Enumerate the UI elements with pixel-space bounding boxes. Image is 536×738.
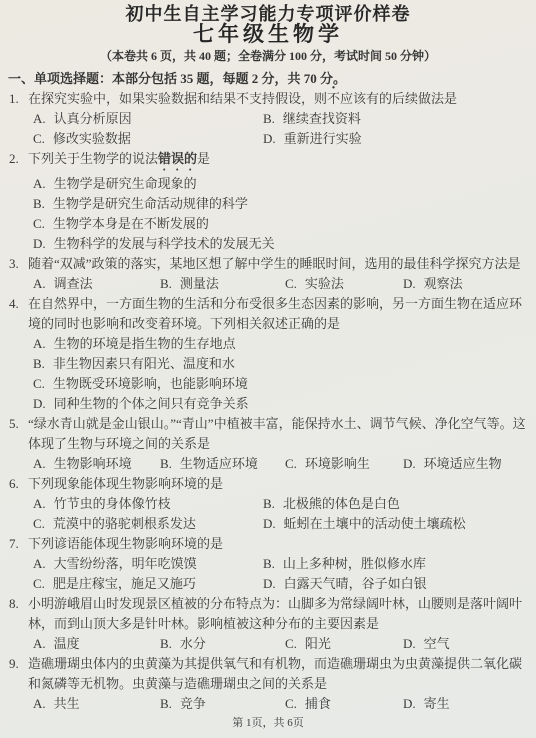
text-segment: 下列现象能体现生物影响环境的是: [28, 476, 223, 491]
option-label: D.: [403, 276, 416, 291]
text-segment: 在自然界中，一方面生物的生活和分布受很多生态因素的影响，另一方面生物在适应环境的…: [28, 296, 522, 331]
option-label: D.: [33, 396, 46, 411]
option-text: 生物影响环境: [54, 456, 132, 471]
question-number: 3.: [9, 254, 19, 274]
option-label: C.: [33, 576, 45, 591]
option-item: D.生物科学的发展与科学技术的发展无关: [33, 234, 528, 254]
question-number: 6.: [9, 474, 19, 494]
option-group: A.生物影响环境B.生物适应环境C.环境影响生D.环境适应生物: [33, 454, 528, 474]
option-item: A.生物的环境是指生物的生存地点: [33, 334, 528, 354]
option-label: B.: [263, 496, 275, 511]
text-segment: 下列谚语能体现生物影响环境的是: [28, 536, 223, 551]
option-label: C.: [33, 516, 45, 531]
text-segment: 造礁珊瑚虫体内的虫黄藻为其提供氧气和有机物，而造礁珊瑚虫为虫黄藻提供二氧化碳和氮…: [28, 656, 522, 691]
option-item: D.寄生: [403, 694, 528, 714]
option-text: 生物适应环境: [180, 456, 258, 471]
option-text: 空气: [424, 636, 450, 651]
option-text: 实验法: [305, 276, 344, 291]
option-text: 白露天气晴，谷子如白银: [284, 576, 427, 591]
option-group: A.调查法B.测量法C.实验法D.观察法: [33, 274, 528, 294]
option-label: C.: [33, 131, 45, 146]
option-label: D.: [263, 131, 276, 146]
question-text: 下列谚语能体现生物影响环境的是: [28, 534, 528, 554]
option-text: 继续查找资料: [283, 111, 361, 126]
option-text: 共生: [54, 696, 80, 711]
exam-paper-page: 初中生自主学习能力专项评价样卷 七年级生物学 （本卷共 6 页，共 40 题；全…: [0, 0, 536, 738]
question-number: 7.: [9, 534, 19, 554]
question-number: 5.: [9, 414, 19, 434]
option-text: 寄生: [424, 696, 450, 711]
option-label: C.: [285, 276, 297, 291]
option-label: B.: [33, 196, 45, 211]
emphasized-text: 不: [327, 89, 340, 109]
option-label: D.: [403, 636, 416, 651]
option-item: C.肥是庄稼宝，施足又施巧: [33, 574, 263, 594]
option-item: D.环境适应生物: [403, 454, 528, 474]
option-label: A.: [33, 556, 46, 571]
option-label: A.: [33, 336, 46, 351]
option-text: 生物既受环境影响，也能影响环境: [53, 376, 248, 391]
option-group: A.温度B.水分C.阳光D.空气: [33, 634, 528, 654]
option-label: B.: [263, 556, 275, 571]
option-text: 捕食: [305, 696, 331, 711]
option-item: B.生物适应环境: [160, 454, 285, 474]
option-text: 调查法: [54, 276, 93, 291]
question-item: 6.下列现象能体现生物影响环境的是A.竹节虫的身体像竹枝B.北极熊的体色是白色C…: [0, 474, 536, 534]
question-item: 5.“绿水青山就是金山银山。”“青山”中植被丰富，能保持水土、调节气候、净化空气…: [0, 414, 536, 474]
question-text: “绿水青山就是金山银山。”“青山”中植被丰富，能保持水土、调节气候、净化空气等。…: [28, 414, 528, 454]
option-label: A.: [33, 696, 46, 711]
text-segment: 是: [197, 151, 210, 166]
option-item: C.荒漠中的骆驼刺根系发达: [33, 514, 263, 534]
option-text: 生物的环境是指生物的生存地点: [54, 336, 236, 351]
option-item: A.生物影响环境: [33, 454, 160, 474]
question-text: 随着“双减”政策的落实，某地区想了解中学生的睡眠时间，选用的最佳科学探究方法是: [28, 254, 528, 274]
option-item: D.蚯蚓在土壤中的活动使土壤疏松: [263, 514, 528, 534]
option-text: 观察法: [424, 276, 463, 291]
option-text: 生物学本身是在不断发展的: [53, 216, 209, 231]
option-label: C.: [33, 216, 45, 231]
page-number-footer: 第 1页，共 6页: [0, 717, 536, 730]
option-text: 生物学是研究生命现象的: [54, 176, 197, 191]
option-item: A.竹节虫的身体像竹枝: [33, 494, 263, 514]
option-item: D.重新进行实验: [263, 129, 528, 149]
question-item: 3.随着“双减”政策的落实，某地区想了解中学生的睡眠时间，选用的最佳科学探究方法…: [0, 254, 536, 294]
option-item: D.白露天气晴，谷子如白银: [263, 574, 528, 594]
question-number: 1.: [9, 89, 19, 109]
option-label: B.: [33, 356, 45, 371]
question-item: 8.小明游峨眉山时发现景区植被的分布特点为：山脚多为常绿阔叶林，山腰则是落叶阔叶…: [0, 594, 536, 654]
option-text: 认真分析原因: [54, 111, 132, 126]
option-label: C.: [285, 696, 297, 711]
option-item: A.认真分析原因: [33, 109, 263, 129]
option-label: A.: [33, 636, 46, 651]
exam-info-line: （本卷共 6 页，共 40 题；全卷满分 100 分，考试时间 50 分钟）: [0, 49, 536, 63]
option-text: 重新进行实验: [284, 131, 362, 146]
question-item: 9.造礁珊瑚虫体内的虫黄藻为其提供氧气和有机物，而造礁珊瑚虫为虫黄藻提供二氧化碳…: [0, 654, 536, 714]
paper-subtitle: 七年级生物学: [0, 24, 536, 46]
option-item: D.观察法: [403, 274, 528, 294]
option-item: C.修改实验数据: [33, 129, 263, 149]
option-group: A.竹节虫的身体像竹枝B.北极熊的体色是白色C.荒漠中的骆驼刺根系发达D.蚯蚓在…: [33, 494, 528, 534]
question-number: 4.: [9, 294, 19, 314]
option-text: 环境影响生: [305, 456, 370, 471]
question-number: 9.: [9, 654, 19, 674]
option-item: C.环境影响生: [285, 454, 403, 474]
option-text: 大雪纷纷落，明年吃馍馍: [54, 556, 197, 571]
option-group: A.共生B.竞争C.捕食D.寄生: [33, 694, 528, 714]
option-item: B.北极熊的体色是白色: [263, 494, 528, 514]
option-item: D.空气: [403, 634, 528, 654]
text-segment: 下列关于生物学的说法: [28, 151, 158, 166]
option-text: 竹节虫的身体像竹枝: [54, 496, 171, 511]
option-label: B.: [160, 456, 172, 471]
option-text: 荒漠中的骆驼刺根系发达: [53, 516, 196, 531]
option-label: B.: [160, 636, 172, 651]
option-label: D.: [33, 236, 46, 251]
option-item: A.生物学是研究生命现象的: [33, 174, 528, 194]
option-label: B.: [263, 111, 275, 126]
question-text: 下列现象能体现生物影响环境的是: [28, 474, 528, 494]
text-segment: 小明游峨眉山时发现景区植被的分布特点为：山脚多为常绿阔叶林，山腰则是落叶阔叶林，…: [28, 596, 522, 631]
option-group: A.大雪纷纷落，明年吃馍馍B.山上多种树，胜似修水库C.肥是庄稼宝，施足又施巧D…: [33, 554, 528, 594]
option-label: B.: [160, 696, 172, 711]
option-item: C.阳光: [285, 634, 403, 654]
option-item: A.温度: [33, 634, 160, 654]
option-text: 北极熊的体色是白色: [283, 496, 400, 511]
option-item: D.同种生物的个体之间只有竞争关系: [33, 394, 528, 414]
question-list: 1.在探究实验中，如果实验数据和结果不支持假设，则不应该有的后续做法是A.认真分…: [0, 89, 536, 714]
option-label: C.: [285, 636, 297, 651]
option-group: A.生物的环境是指生物的生存地点B.非生物因素只有阳光、温度和水C.生物既受环境…: [33, 334, 528, 414]
question-item: 2.下列关于生物学的说法错误的是A.生物学是研究生命现象的B.生物学是研究生命活…: [0, 149, 536, 254]
option-text: 非生物因素只有阳光、温度和水: [53, 356, 235, 371]
question-text: 下列关于生物学的说法错误的是: [28, 149, 528, 174]
option-text: 同种生物的个体之间只有竞争关系: [54, 396, 249, 411]
option-label: A.: [33, 111, 46, 126]
option-text: 生物学是研究生命活动规律的科学: [53, 196, 248, 211]
option-label: D.: [403, 456, 416, 471]
option-text: 肥是庄稼宝，施足又施巧: [53, 576, 196, 591]
option-text: 水分: [180, 636, 206, 651]
text-segment: 应该有的后续做法是: [340, 91, 457, 106]
question-item: 7.下列谚语能体现生物影响环境的是A.大雪纷纷落，明年吃馍馍B.山上多种树，胜似…: [0, 534, 536, 594]
option-text: 测量法: [180, 276, 219, 291]
option-item: A.共生: [33, 694, 160, 714]
option-item: C.捕食: [285, 694, 403, 714]
option-text: 温度: [54, 636, 80, 651]
option-item: C.生物学本身是在不断发展的: [33, 214, 528, 234]
option-text: 环境适应生物: [424, 456, 502, 471]
option-text: 蚯蚓在土壤中的活动使土壤疏松: [284, 516, 466, 531]
option-label: D.: [403, 696, 416, 711]
option-text: 山上多种树，胜似修水库: [283, 556, 426, 571]
question-item: 1.在探究实验中，如果实验数据和结果不支持假设，则不应该有的后续做法是A.认真分…: [0, 89, 536, 149]
option-label: B.: [160, 276, 172, 291]
text-segment: 随着“双减”政策的落实，某地区想了解中学生的睡眠时间，选用的最佳科学探究方法是: [28, 256, 521, 271]
option-label: A.: [33, 276, 46, 291]
option-item: B.非生物因素只有阳光、温度和水: [33, 354, 528, 374]
option-label: A.: [33, 496, 46, 511]
option-text: 竞争: [180, 696, 206, 711]
option-label: D.: [263, 576, 276, 591]
option-group: A.生物学是研究生命现象的B.生物学是研究生命活动规律的科学C.生物学本身是在不…: [33, 174, 528, 254]
option-item: C.生物既受环境影响，也能影响环境: [33, 374, 528, 394]
text-segment: 在探究实验中，如果实验数据和结果不支持假设，则: [28, 91, 327, 106]
option-item: C.实验法: [285, 274, 403, 294]
option-item: A.调查法: [33, 274, 160, 294]
text-segment: “绿水青山就是金山银山。”“青山”中植被丰富，能保持水土、调节气候、净化空气等。…: [28, 416, 526, 451]
option-item: B.山上多种树，胜似修水库: [263, 554, 528, 574]
option-text: 生物科学的发展与科学技术的发展无关: [54, 236, 275, 251]
option-label: C.: [285, 456, 297, 471]
option-text: 阳光: [305, 636, 331, 651]
paper-title: 初中生自主学习能力专项评价样卷: [0, 0, 536, 24]
option-label: D.: [263, 516, 276, 531]
option-text: 修改实验数据: [53, 131, 131, 146]
option-label: A.: [33, 176, 46, 191]
option-group: A.认真分析原因B.继续查找资料C.修改实验数据D.重新进行实验: [33, 109, 528, 149]
option-item: B.测量法: [160, 274, 285, 294]
emphasized-text: 错误的: [158, 151, 197, 166]
option-item: B.竞争: [160, 694, 285, 714]
option-item: B.水分: [160, 634, 285, 654]
question-text: 小明游峨眉山时发现景区植被的分布特点为：山脚多为常绿阔叶林，山腰则是落叶阔叶林，…: [28, 594, 528, 634]
option-label: A.: [33, 456, 46, 471]
question-text: 造礁珊瑚虫体内的虫黄藻为其提供氧气和有机物，而造礁珊瑚虫为虫黄藻提供二氧化碳和氮…: [28, 654, 528, 694]
question-item: 4.在自然界中，一方面生物的生活和分布受很多生态因素的影响，另一方面生物在适应环…: [0, 294, 536, 414]
option-item: A.大雪纷纷落，明年吃馍馍: [33, 554, 263, 574]
question-number: 2.: [9, 149, 19, 169]
question-number: 8.: [9, 594, 19, 614]
option-item: B.生物学是研究生命活动规律的科学: [33, 194, 528, 214]
question-text: 在自然界中，一方面生物的生活和分布受很多生态因素的影响，另一方面生物在适应环境的…: [28, 294, 528, 334]
option-label: C.: [33, 376, 45, 391]
option-item: B.继续查找资料: [263, 109, 528, 129]
section-header: 一、单项选择题：本部分包括 35 题，每题 2 分，共 70 分。: [8, 71, 528, 86]
question-text: 在探究实验中，如果实验数据和结果不支持假设，则不应该有的后续做法是: [28, 89, 528, 109]
